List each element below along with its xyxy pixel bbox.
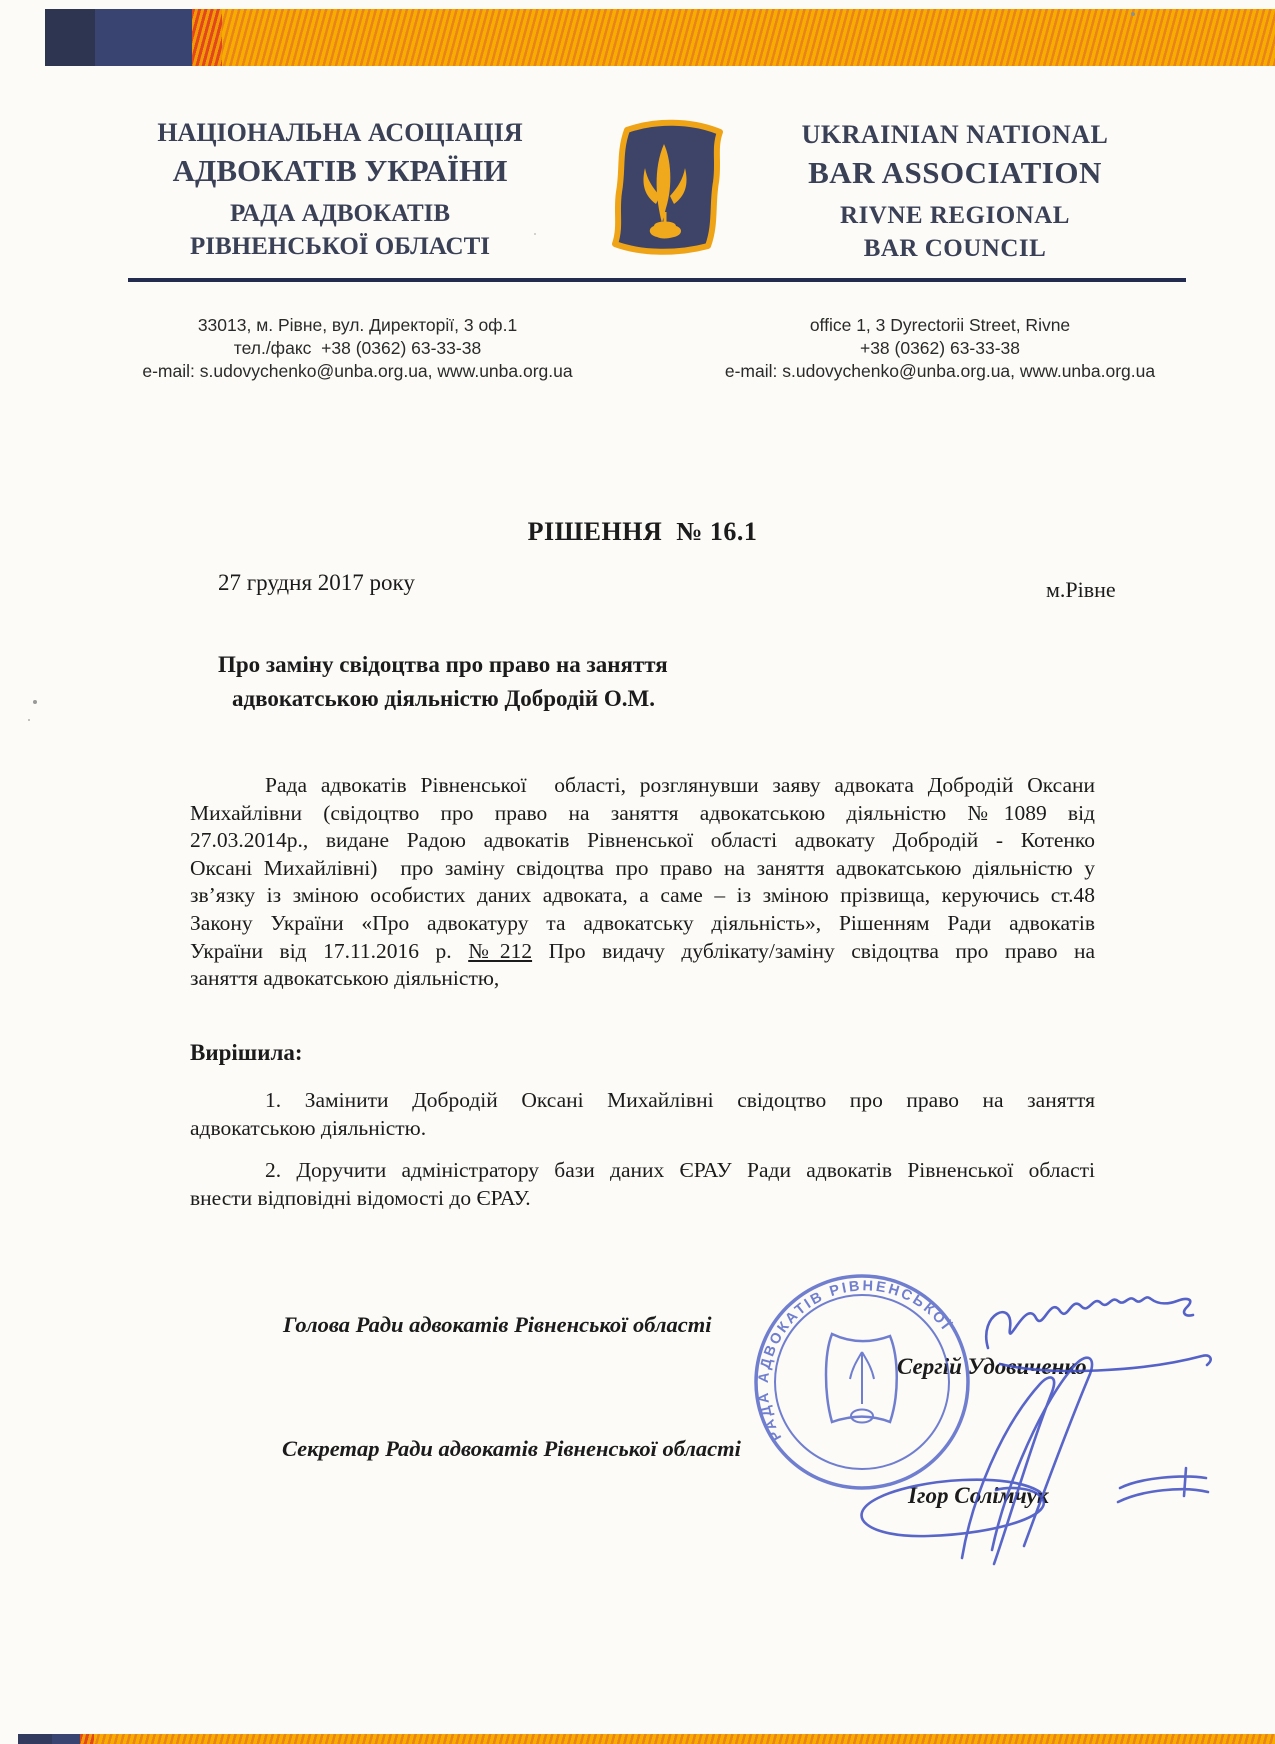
top-decorative-band [45, 9, 1275, 66]
phone-line: +38 (0362) 63-33-38 [690, 337, 1190, 360]
body-line: Оксані Михайлівні) про заміну свідоцтва … [190, 855, 1095, 883]
signature-title-head: Голова Ради адвокатів Рівненської област… [283, 1312, 711, 1338]
signature-name-secretary: Ігор Солімчук [908, 1483, 1049, 1509]
item-line: 1. Замінити Добродій Оксані Михайлівні с… [190, 1086, 1095, 1114]
regulation-reference: №212 [468, 939, 532, 963]
body-line: Рада адвокатів Рівненської області, розг… [190, 772, 1095, 800]
org-ua-line: РІВНЕНСЬКОЇ ОБЛАСТІ [140, 233, 540, 261]
signature-name-head: Сергій Удовиченко [897, 1354, 1087, 1380]
contact-block-ukrainian: 33013, м. Рівне, вул. Директорії, 3 оф.1… [105, 314, 610, 383]
address-line: 33013, м. Рівне, вул. Директорії, 3 оф.1 [105, 314, 610, 337]
body-line: зв’язку із зміною особистих даних адвока… [190, 882, 1095, 910]
band-orange-stripes-segment [94, 1734, 1275, 1744]
bottom-decorative-band [18, 1734, 1275, 1744]
band-red-transition-segment [192, 9, 222, 66]
org-name-english: UKRAINIAN NATIONAL BAR ASSOCIATION RIVNE… [740, 120, 1170, 263]
item-line: внести відповідні відомості до ЄРАУ. [190, 1184, 1095, 1212]
phone-line: тел./факс +38 (0362) 63-33-38 [105, 337, 610, 360]
decision-title: РІШЕННЯ № 16.1 [190, 517, 1095, 547]
decision-date: 27 грудня 2017 року [218, 570, 415, 596]
body-line: Закону України «Про адвокатуру та адвока… [190, 910, 1095, 938]
bar-association-emblem-icon [602, 116, 728, 256]
body-text: України від 17.11.2016 р. [190, 939, 468, 963]
org-ua-line: АДВОКАТІВ УКРАЇНИ [140, 153, 540, 189]
resolution-item-1: 1. Замінити Добродій Оксані Михайлівні с… [190, 1086, 1095, 1142]
header-divider-line [128, 278, 1186, 282]
band-orange-stripes-segment [222, 9, 1275, 66]
band-navy-dark-segment [45, 9, 95, 66]
resolved-label: Вирішила: [190, 1040, 303, 1066]
org-ua-line: НАЦІОНАЛЬНА АСОЦІАЦІЯ [140, 118, 540, 148]
stamp-and-signatures-overlay: РАДА АДВОКАТІВ РІВНЕНСЬКОЇ [700, 1240, 1240, 1590]
body-line: Михайлівни (свідоцтво про право на занят… [190, 800, 1095, 828]
org-en-line: UKRAINIAN NATIONAL [740, 120, 1170, 150]
signature-title-secretary: Секретар Ради адвокатів Рівненської обла… [282, 1436, 741, 1462]
round-stamp-icon: РАДА АДВОКАТІВ РІВНЕНСЬКОЇ [756, 1276, 968, 1488]
item-line: 2. Доручити адміністратору бази даних ЄР… [190, 1156, 1095, 1184]
address-line: office 1, 3 Dyrectorii Street, Rivne [690, 314, 1190, 337]
band-navy-dark-segment [18, 1734, 52, 1744]
band-navy-segment [95, 9, 192, 66]
resolution-item-2: 2. Доручити адміністратору бази даних ЄР… [190, 1156, 1095, 1212]
subject-line: Про заміну свідоцтва про право на занятт… [218, 648, 668, 682]
decision-subject: Про заміну свідоцтва про право на занятт… [218, 648, 668, 716]
org-en-line: BAR COUNCIL [740, 235, 1170, 263]
scan-speck [33, 700, 37, 704]
body-line: України від 17.11.2016 р. №212 Про видач… [190, 938, 1095, 966]
scanned-letter-page: НАЦІОНАЛЬНА АСОЦІАЦІЯ АДВОКАТІВ УКРАЇНИ … [0, 0, 1275, 1744]
band-red-transition-segment [80, 1734, 94, 1744]
body-line: заняття адвокатською діяльністю, [190, 965, 1095, 993]
decision-place: м.Рівне [1046, 577, 1116, 603]
band-navy-segment [52, 1734, 80, 1744]
decision-body: Рада адвокатів Рівненської області, розг… [190, 772, 1095, 993]
org-en-line: RIVNE REGIONAL [740, 202, 1170, 230]
email-line: e-mail: s.udovychenko@unba.org.ua, www.u… [690, 360, 1190, 383]
org-ua-line: РАДА АДВОКАТІВ [140, 200, 540, 228]
org-name-ukrainian: НАЦІОНАЛЬНА АСОЦІАЦІЯ АДВОКАТІВ УКРАЇНИ … [140, 118, 540, 261]
subject-line: адвокатською діяльністю Добродій О.М. [218, 682, 668, 716]
item-line: адвокатською діяльністю. [190, 1114, 1095, 1142]
body-line: 27.03.2014р., видане Радою адвокатів Рів… [190, 827, 1095, 855]
body-text: Про видачу дублікату/заміну свідоцтва пр… [532, 939, 1095, 963]
org-en-line: BAR ASSOCIATION [740, 155, 1170, 191]
email-line: e-mail: s.udovychenko@unba.org.ua, www.u… [105, 360, 610, 383]
contact-block-english: office 1, 3 Dyrectorii Street, Rivne +38… [690, 314, 1190, 383]
signature-scrawl-secretary [862, 1358, 1208, 1564]
